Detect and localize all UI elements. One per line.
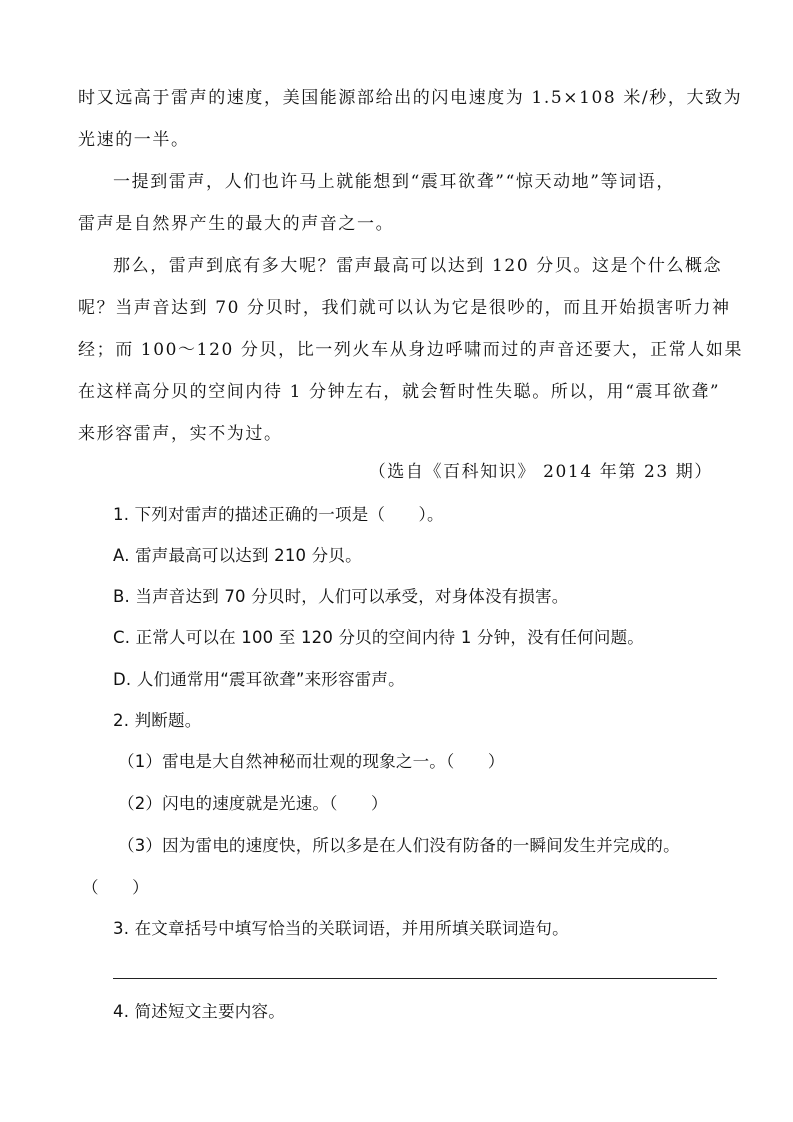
judgement-item: （3）因为雷电的速度快，所以多是在人们没有防备的一瞬间发生并完成的。 <box>118 836 680 856</box>
passage-line: 经；而 100～120 分贝，比一列火车从身边呼啸而过的声音还要大，正常人如果 <box>78 340 743 360</box>
answer-blank: （ ） <box>82 878 149 898</box>
question-stem: 1. 下列对雷声的描述正确的一项是（ ）。 <box>113 505 444 525</box>
option-d: D. 人们通常用“震耳欲聋”来形容雷声。 <box>113 670 405 690</box>
source-citation: （选自《百科知识》 2014 年第 23 期） <box>369 462 713 482</box>
passage-line: 光速的一半。 <box>78 130 190 150</box>
passage-line: 那么，雷声到底有多大呢？雷声最高可以达到 120 分贝。这是个什么概念 <box>113 256 722 276</box>
passage-line: 呢？当声音达到 70 分贝时，我们就可以认为它是很吵的，而且开始损害听力神 <box>78 298 731 318</box>
question-stem: 3. 在文章括号中填写恰当的关联词语，并用所填关联词造句。 <box>113 919 569 939</box>
passage-line: 来形容雷声，实不为过。 <box>78 424 283 444</box>
passage-line: 在这样高分贝的空间内待 1 分钟左右，就会暂时性失聪。所以，用“震耳欲聋” <box>78 382 720 402</box>
passage-line: 时又远高于雷声的速度，美国能源部给出的闪电速度为 1.5×108 米/秒，大致为 <box>78 88 742 108</box>
option-a: A. 雷声最高可以达到 210 分贝。 <box>113 546 362 566</box>
passage-line: 一提到雷声，人们也许马上就能想到“震耳欲聋”“惊天动地”等词语， <box>113 172 675 192</box>
question-stem: 4. 简述短文主要内容。 <box>113 1002 285 1022</box>
passage-line: 雷声是自然界产生的最大的声音之一。 <box>78 214 394 234</box>
question-stem: 2. 判断题。 <box>113 711 201 731</box>
option-b: B. 当声音达到 70 分贝时，人们可以承受，对身体没有损害。 <box>113 587 569 607</box>
judgement-item: （2）闪电的速度就是光速。（ ） <box>118 794 388 814</box>
judgement-item: （1）雷电是大自然神秘而壮观的现象之一。（ ） <box>118 752 505 772</box>
answer-line <box>113 978 717 979</box>
option-c: C. 正常人可以在 100 至 120 分贝的空间内待 1 分钟，没有任何问题。 <box>113 628 644 648</box>
